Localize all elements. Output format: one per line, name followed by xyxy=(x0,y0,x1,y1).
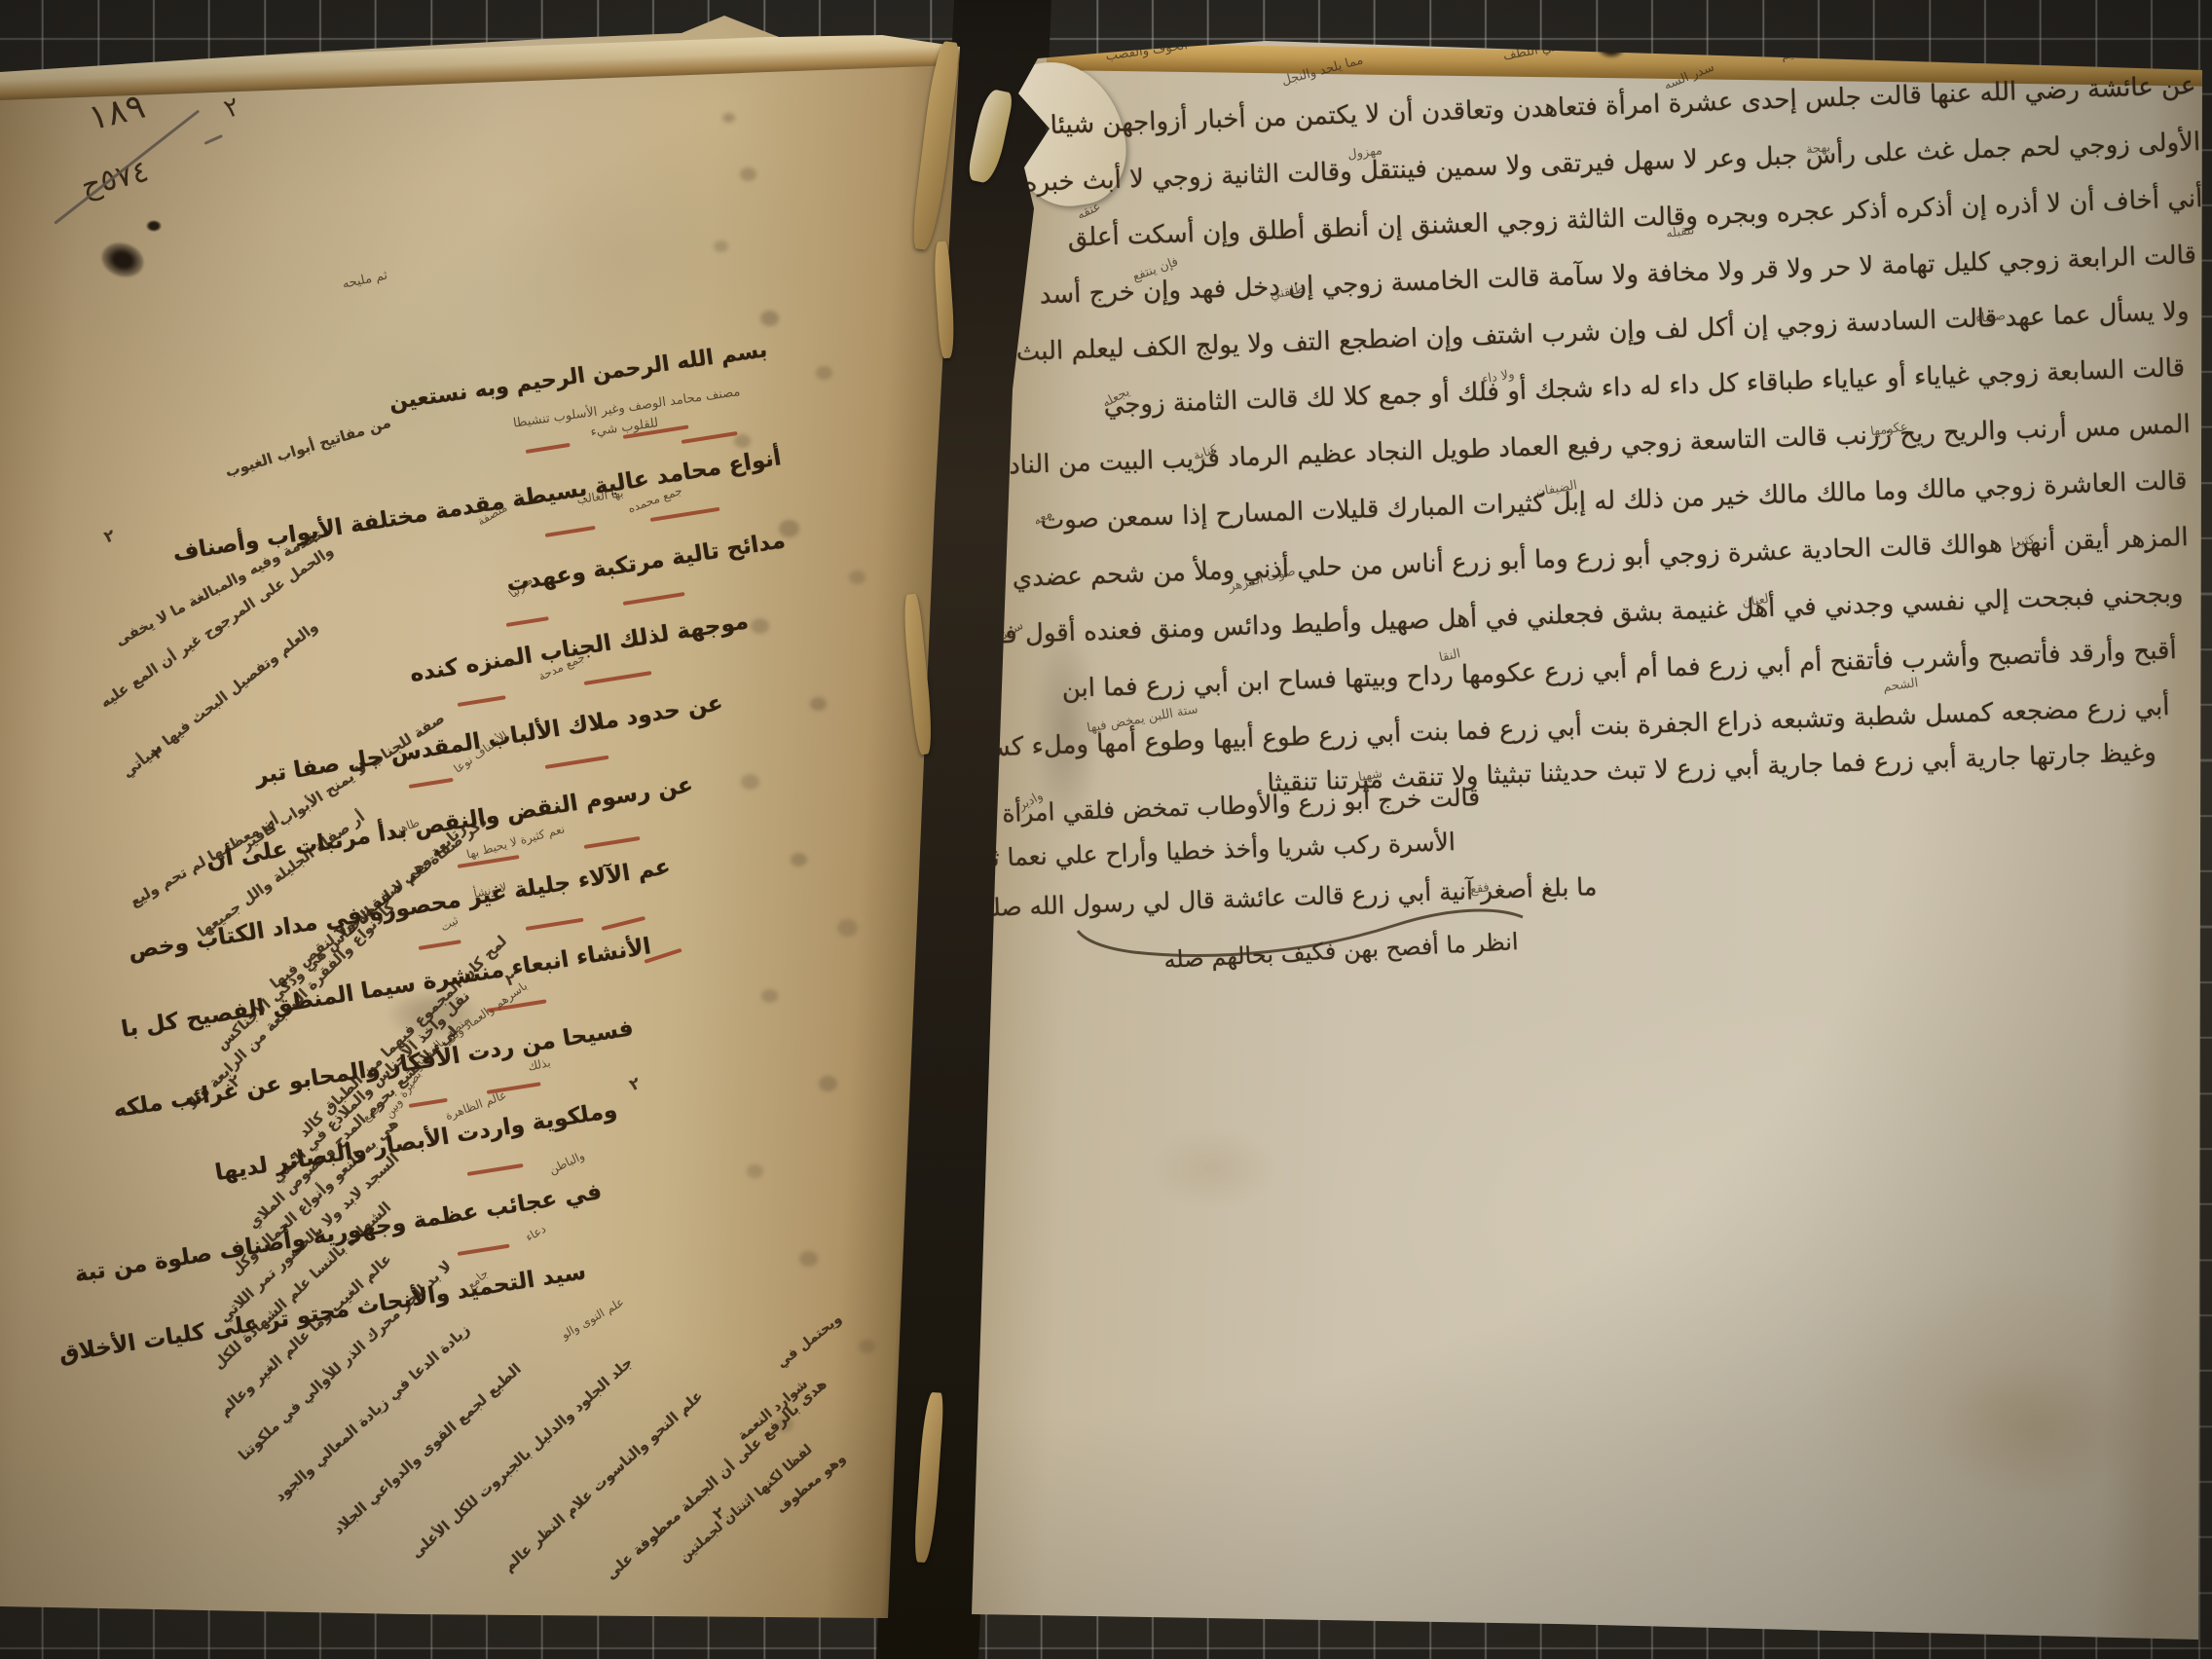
red-mark: ٢ xyxy=(102,528,118,547)
red-overline xyxy=(458,1244,510,1256)
gloss-note: ثبت xyxy=(439,914,461,934)
diagonal-note: علم النحو والناسوت علام النظر عالم xyxy=(501,1388,707,1575)
red-overline xyxy=(458,695,506,707)
red-overline xyxy=(506,616,549,627)
text-line: مدائح تالية مرتكبة وعهدت xyxy=(504,529,787,596)
gloss-note: صهباء xyxy=(1974,310,2006,326)
ink-offset-smudges xyxy=(722,113,735,123)
red-overline xyxy=(409,1098,448,1108)
stain xyxy=(1939,1361,2134,1497)
pencil-stroke xyxy=(203,134,222,144)
diagonal-note: جلد الجلود والدليل بالجبروت للكل الأعلى xyxy=(409,1354,636,1561)
gloss-note: تنقبله xyxy=(1665,224,1695,241)
flourish-underline xyxy=(1073,902,1530,970)
gloss-note: علم النوى والو xyxy=(560,1296,627,1342)
text-line: قالت السابعة زوجي غياياء أو عياياء طباقا… xyxy=(1103,355,2185,420)
red-mark: ٢ xyxy=(627,1075,644,1095)
red-overline xyxy=(584,671,652,685)
gloss-note: والباطن xyxy=(547,1150,586,1177)
text-line: الأولى زوجي لحم جمل غث على رأس جبل وعر ل… xyxy=(1023,129,2200,197)
stain xyxy=(1149,1129,1275,1207)
gloss-note: بذلك xyxy=(527,1056,552,1073)
red-overline xyxy=(650,507,720,522)
red-overline xyxy=(602,916,646,931)
text-line: وبجحني فبجحت إلي نفسي وجدني في أهل غنيمة… xyxy=(989,581,2184,649)
red-overline xyxy=(467,1163,524,1176)
gloss-note: ثم مليحه xyxy=(342,269,389,291)
text-line: موجهة لذلك الجناب المنزه كنده xyxy=(408,609,750,686)
manuscript-photo: ١٨٩٥٧٤ح٢ثم مليحهبسم الله الرحمن الرحيم و… xyxy=(0,0,2212,1659)
diagonal-note: هدى بالرفع على أن الجملة معطوفة على xyxy=(604,1377,830,1583)
diagonal-note: ويحتمل في xyxy=(774,1311,844,1371)
margin-note: من مفاتيح أبواب الغيوب xyxy=(224,416,393,481)
diagonal-note: الطبع لجمع القوى والدواعي الجلاد xyxy=(331,1361,525,1537)
red-overline xyxy=(584,836,641,849)
red-overline xyxy=(409,778,454,789)
ink-blot xyxy=(146,220,162,232)
red-overline xyxy=(526,443,571,454)
gloss-note: الشحم xyxy=(1882,677,1919,695)
gloss-note: فقع xyxy=(1470,881,1491,897)
red-overline xyxy=(545,756,609,769)
margin-note: والعلم وتفصيل البحث فيها سيأتي xyxy=(120,619,321,781)
text-line: أقبح وأرقد فأتصبح وأشرب فأتقنح أم أبي زر… xyxy=(1062,638,2178,703)
pencil-inscription: ٢ xyxy=(221,93,244,125)
text-line: ولا يسأل عما عهد قالت السادسة زوجي إن أك… xyxy=(1015,299,2190,366)
text-line: الأسرة ركب شريا وأخذ خطيا وأراح علي نعما… xyxy=(965,829,1456,872)
red-overline xyxy=(682,431,738,444)
text-line: قالت الرابعة زوجي كليل تهامة لا حر ولا ق… xyxy=(1039,242,2196,310)
red-overline xyxy=(623,592,685,606)
text-line: عن عائشة رضي الله عنها قالت جلس إحدى عشر… xyxy=(989,73,2196,142)
text-line: المس مس أرنب والريح ريح زرنب قالت التاسع… xyxy=(989,412,2192,480)
diagonal-note: زيادة الدعا في زيادة المعالي والجود xyxy=(273,1322,473,1505)
red-overline xyxy=(526,918,584,931)
text-line: قالت العاشرة زوجي مالك وما مالك مالك خير… xyxy=(1040,468,2188,535)
red-overline xyxy=(419,940,461,950)
red-overline xyxy=(545,526,596,537)
ink-blot xyxy=(97,238,148,282)
gloss-note: بهجة xyxy=(1805,141,1830,157)
red-overline xyxy=(487,1082,541,1094)
gloss-note: دعاء xyxy=(524,1223,548,1244)
text-line: أني أخاف أن لا أذره إن أذكره أذكر عجره و… xyxy=(1067,186,2203,252)
